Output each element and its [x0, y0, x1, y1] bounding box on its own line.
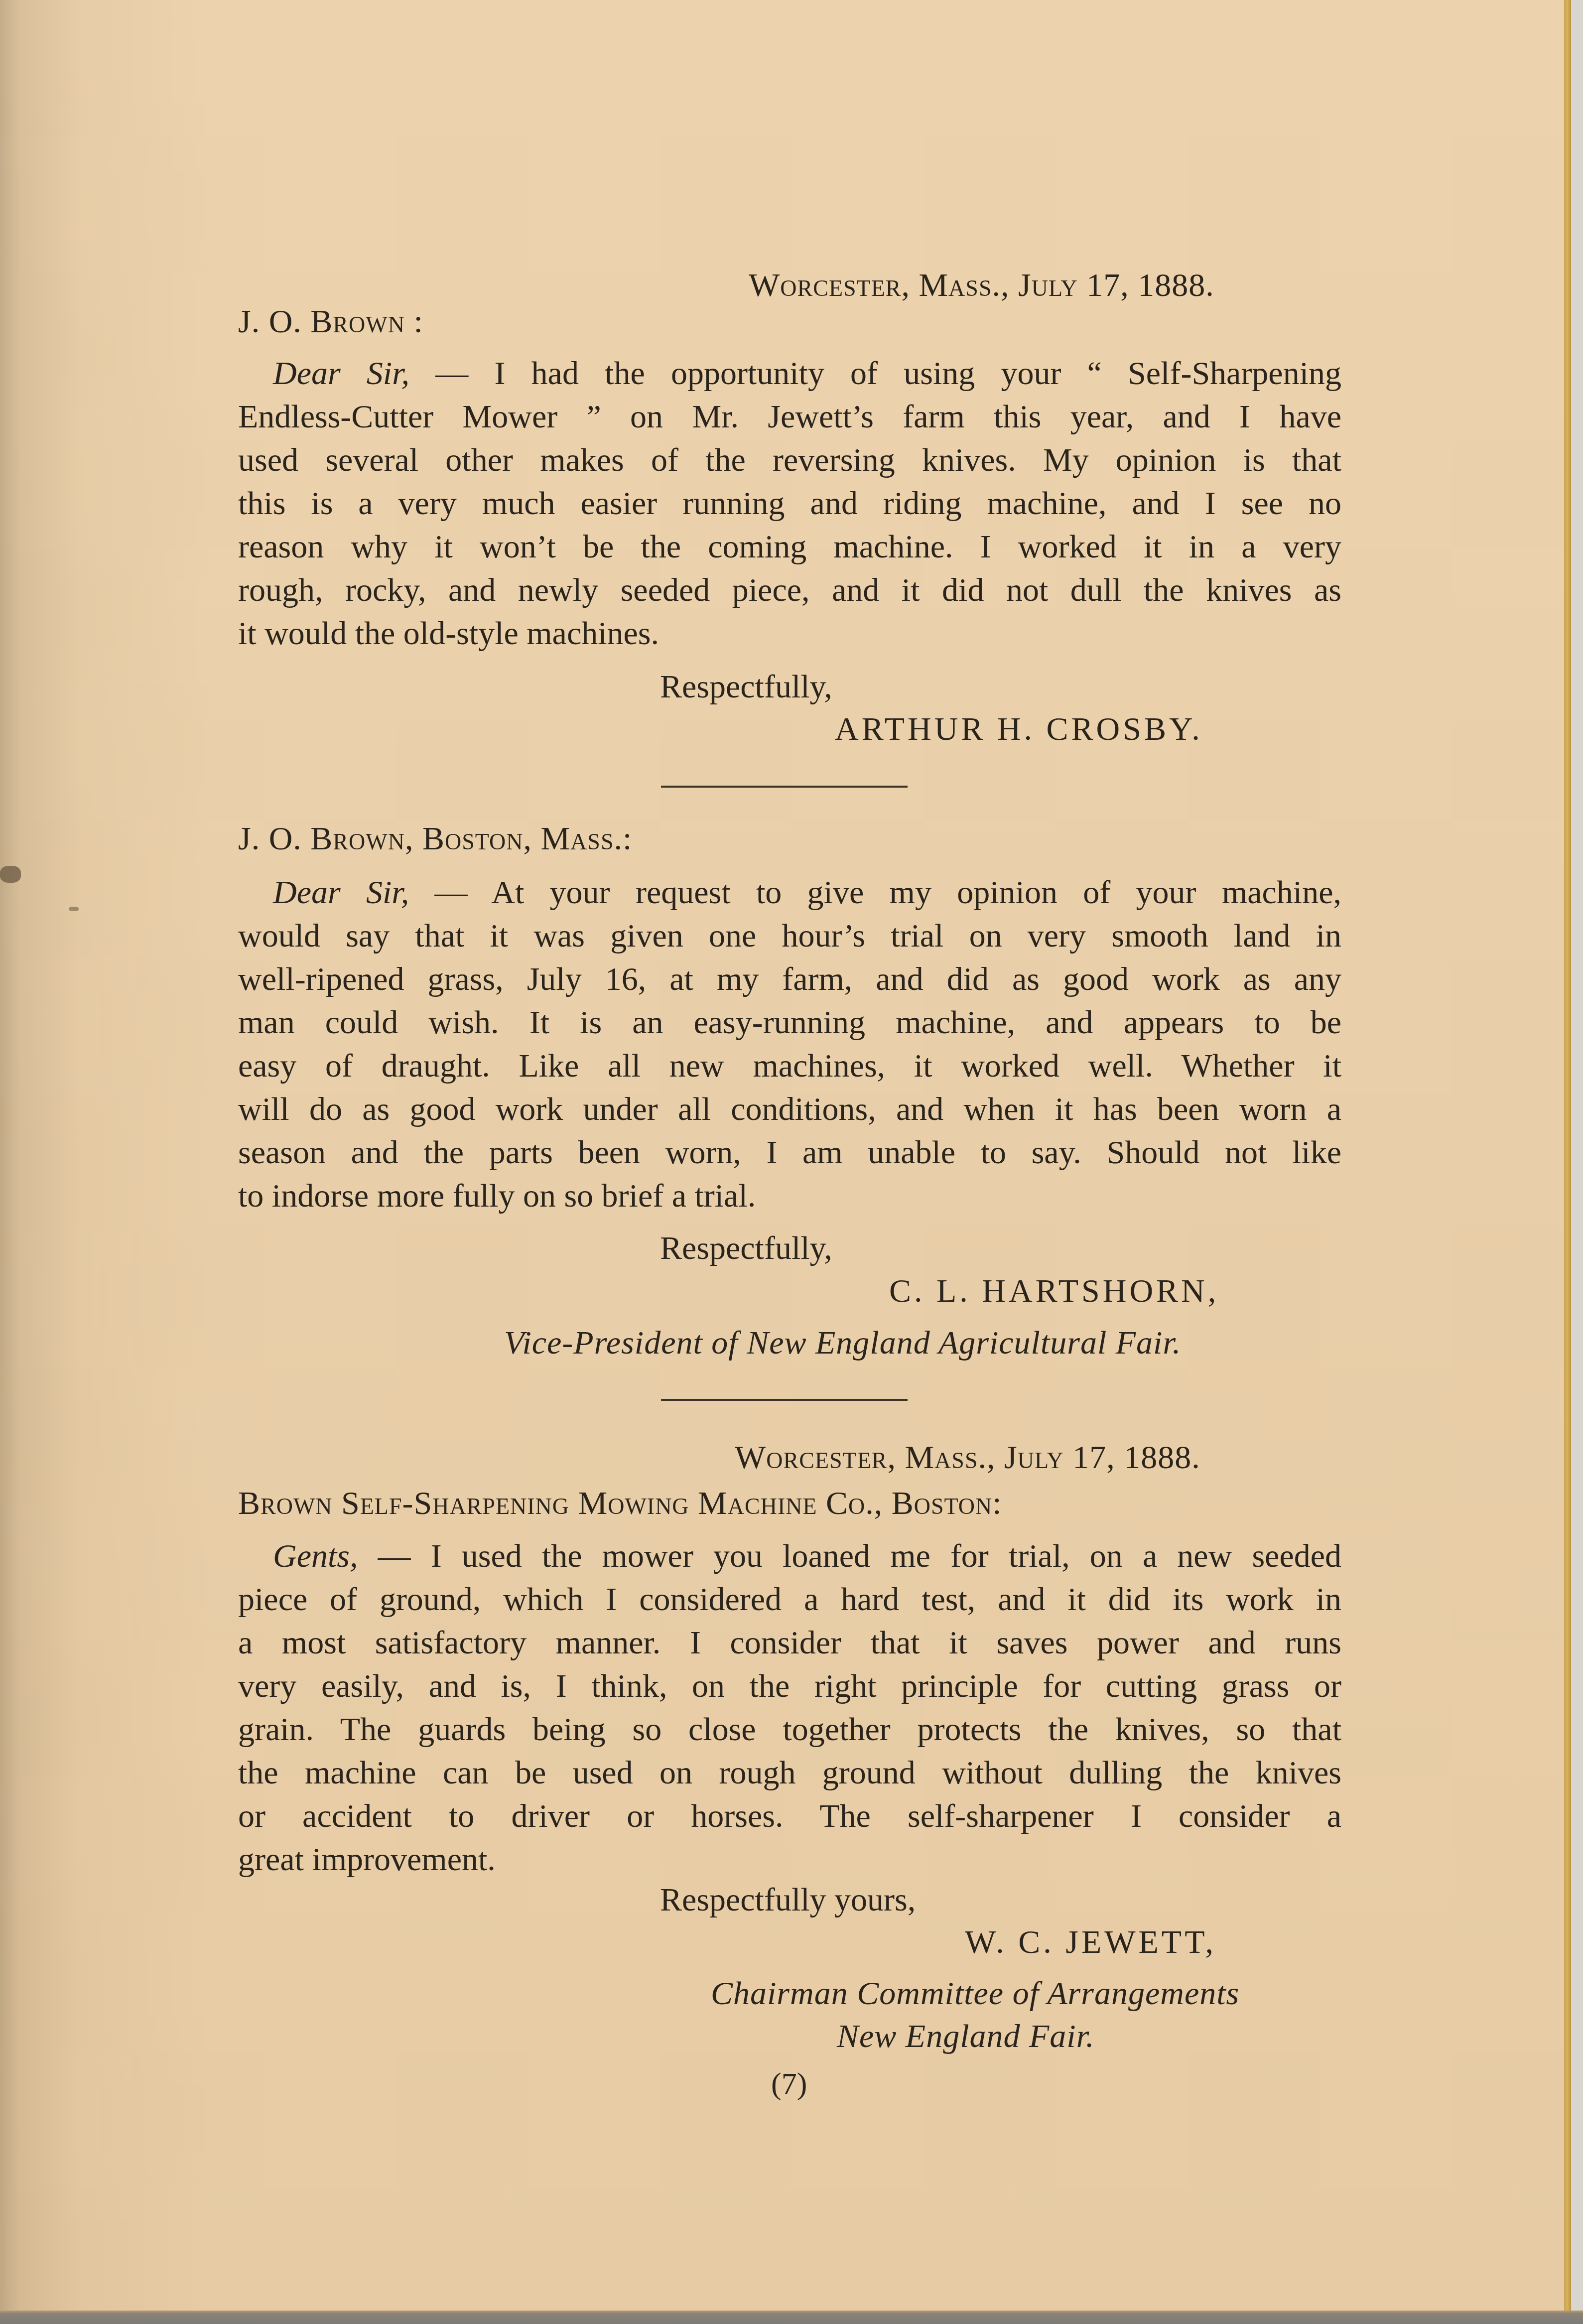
body-line: Endless-Cutter Mower ” on Mr. Jewett’s f…: [238, 395, 1341, 438]
body-line: Dear Sir, — I had the opportunity of usi…: [238, 352, 1341, 395]
ink-speck: [69, 907, 79, 911]
body-line: Gents, — I used the mower you loaned me …: [238, 1534, 1341, 1578]
page-number: (7): [771, 2066, 807, 2102]
book-page: Worcester, Mass., July 17, 1888. J. O. B…: [0, 0, 1569, 2311]
letter-2-body: Dear Sir, — At your request to give my o…: [238, 871, 1341, 1218]
letter-2-closing: Respectfully,: [660, 1227, 832, 1270]
body-line: piece of ground, which I considered a ha…: [238, 1578, 1341, 1621]
body-line: it would the old-style machines.: [238, 612, 1341, 655]
letter-3-signature: W. C. JEWETT,: [965, 1920, 1216, 1964]
body-line: to indorse more fully on so brief a tria…: [238, 1174, 1341, 1218]
letter-1-closing: Respectfully,: [660, 665, 832, 708]
letter-1-dateline: Worcester, Mass., July 17, 1888.: [749, 264, 1214, 307]
body-line: very easily, and is, I think, on the rig…: [238, 1664, 1341, 1708]
letter-3-salutation: Brown Self-Sharpening Mowing Machine Co.…: [238, 1482, 1002, 1525]
letter-2-signature: C. L. HARTSHORN,: [889, 1269, 1219, 1313]
body-line: a most satisfactory manner. I consider t…: [238, 1621, 1341, 1664]
body-line: reason why it won’t be the coming machin…: [238, 525, 1341, 568]
body-line: easy of draught. Like all new machines, …: [238, 1044, 1341, 1088]
letter-3-closing: Respectfully yours,: [660, 1878, 916, 1921]
page-edge: [1564, 0, 1571, 2311]
section-divider: [661, 1399, 908, 1401]
letter-3-title-line-1: Chairman Committee of Arrangements: [711, 1972, 1239, 2015]
body-line: man could wish. It is an easy-running ma…: [238, 1001, 1341, 1044]
letter-2-salutation: J. O. Brown, Boston, Mass.:: [238, 817, 632, 860]
body-line: will do as good work under all condition…: [238, 1088, 1341, 1131]
body-line: would say that it was given one hour’s t…: [238, 914, 1341, 957]
body-line: rough, rocky, and newly seeded piece, an…: [238, 568, 1341, 612]
letter-3-body: Gents, — I used the mower you loaned me …: [238, 1534, 1341, 1881]
body-line: Dear Sir, — At your request to give my o…: [238, 871, 1341, 914]
body-line: season and the parts been worn, I am una…: [238, 1131, 1341, 1174]
body-line: great improvement.: [238, 1838, 1341, 1881]
body-line: used several other makes of the reversin…: [238, 438, 1341, 482]
letter-3-title-line-2: New England Fair.: [837, 2015, 1095, 2058]
body-line: or accident to driver or horses. The sel…: [238, 1794, 1341, 1838]
letter-1-body: Dear Sir, — I had the opportunity of usi…: [238, 352, 1341, 655]
scan-background-strip: [0, 2311, 1583, 2324]
letter-1-signature: ARTHUR H. CROSBY.: [835, 707, 1203, 751]
body-line: grain. The guards being so close togethe…: [238, 1708, 1341, 1751]
letter-2-title: Vice-President of New England Agricultur…: [504, 1321, 1181, 1365]
ink-blot: [0, 866, 21, 883]
letter-1-salutation: J. O. Brown :: [238, 300, 423, 343]
body-line: this is a very much easier running and r…: [238, 482, 1341, 525]
body-line: the machine can be used on rough ground …: [238, 1751, 1341, 1794]
letter-3-dateline: Worcester, Mass., July 17, 1888.: [735, 1436, 1200, 1479]
body-line: well-ripened grass, July 16, at my farm,…: [238, 957, 1341, 1001]
section-divider: [661, 786, 908, 788]
